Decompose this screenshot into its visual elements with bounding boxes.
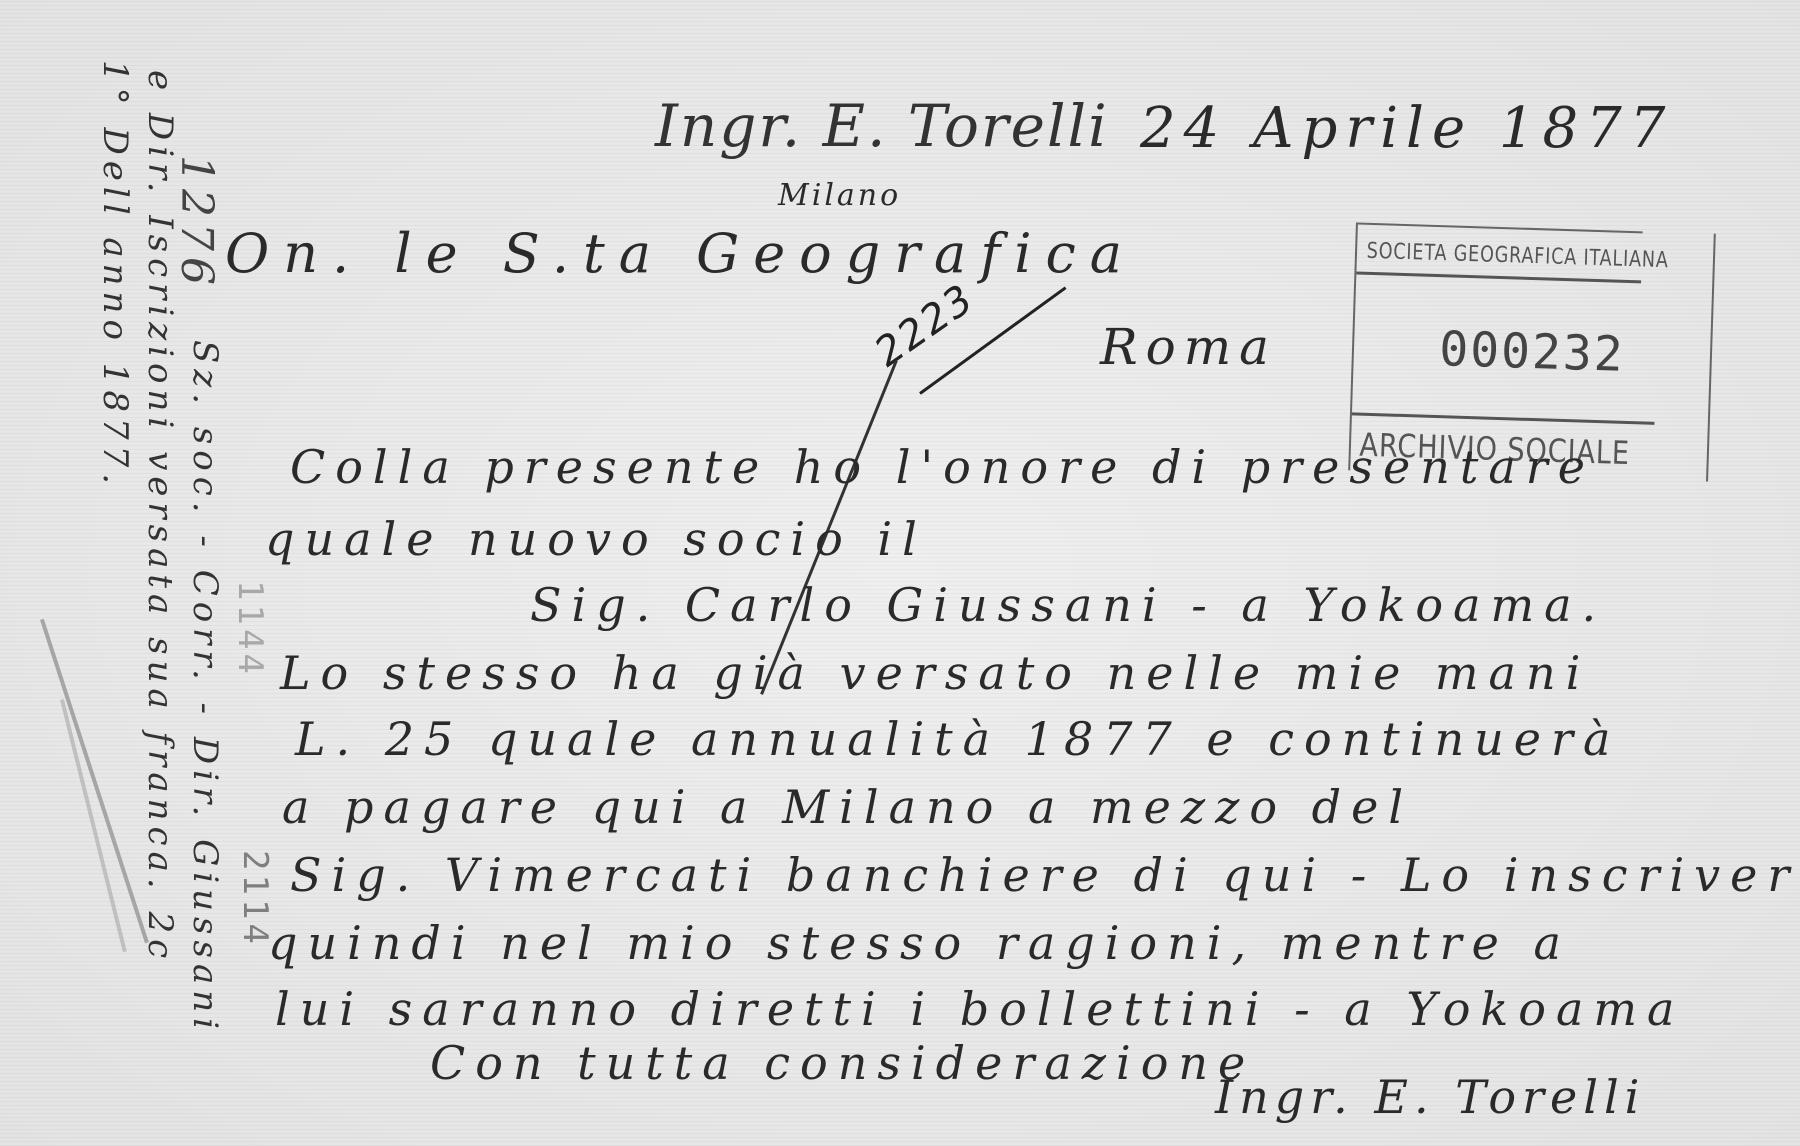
pencil-stroke — [60, 699, 127, 952]
letterhead-sender: Ingr. E. Torelli — [655, 92, 1109, 160]
body-line-6: a pagare qui a Milano a mezzo del — [282, 780, 1413, 834]
body-line-4: Lo stesso ha già versato nelle mie mani — [280, 646, 1590, 700]
body-line-5: L. 25 quale annualità 1877 e continuerà — [295, 712, 1620, 766]
margin-note-1: Sz. soc. - Corr. - Dir. Giussani — [185, 340, 225, 1035]
closing-line: Con tutta considerazione — [430, 1036, 1255, 1090]
stamp-header: SOCIETA GEOGRAFICA ITALIANA — [1356, 222, 1642, 283]
signature: Ingr. E. Torelli — [1215, 1070, 1645, 1124]
body-line-7: Sig. Vimercati banchiere di qui - Lo ins… — [290, 848, 1800, 902]
body-line-1: Colla presente ho l'onore di presentare — [290, 440, 1595, 494]
faint-pencil-number-1: 1144 — [230, 580, 270, 678]
letter-date: 24 Aprile 1877 — [1140, 96, 1673, 161]
body-line-8: quindi nel mio stesso ragioni, mentre a — [268, 916, 1571, 970]
letterhead-place: Milano — [778, 178, 901, 213]
margin-note-2: e Dir. Iscrizioni versata sua franca. 2c — [140, 70, 180, 964]
body-line-3: Sig. Carlo Giussani - a Yokoama. — [530, 578, 1606, 632]
margin-note-3: 1° Dell anno 1877. — [95, 60, 135, 490]
body-line-2: quale nuovo socio il — [265, 512, 927, 566]
stamp-number: 000232 — [1353, 318, 1711, 385]
pencil-stroke — [40, 619, 149, 944]
addressee-line: On. le S.ta Geografica — [225, 222, 1136, 285]
addressee-city: Roma — [1100, 318, 1277, 376]
letter-page: Ingr. E. Torelli Milano 24 Aprile 1877 O… — [0, 0, 1800, 1146]
body-line-9: lui saranno diretti i bollettini - a Yok… — [275, 982, 1684, 1036]
faint-pencil-number-2: 2114 — [235, 850, 275, 948]
